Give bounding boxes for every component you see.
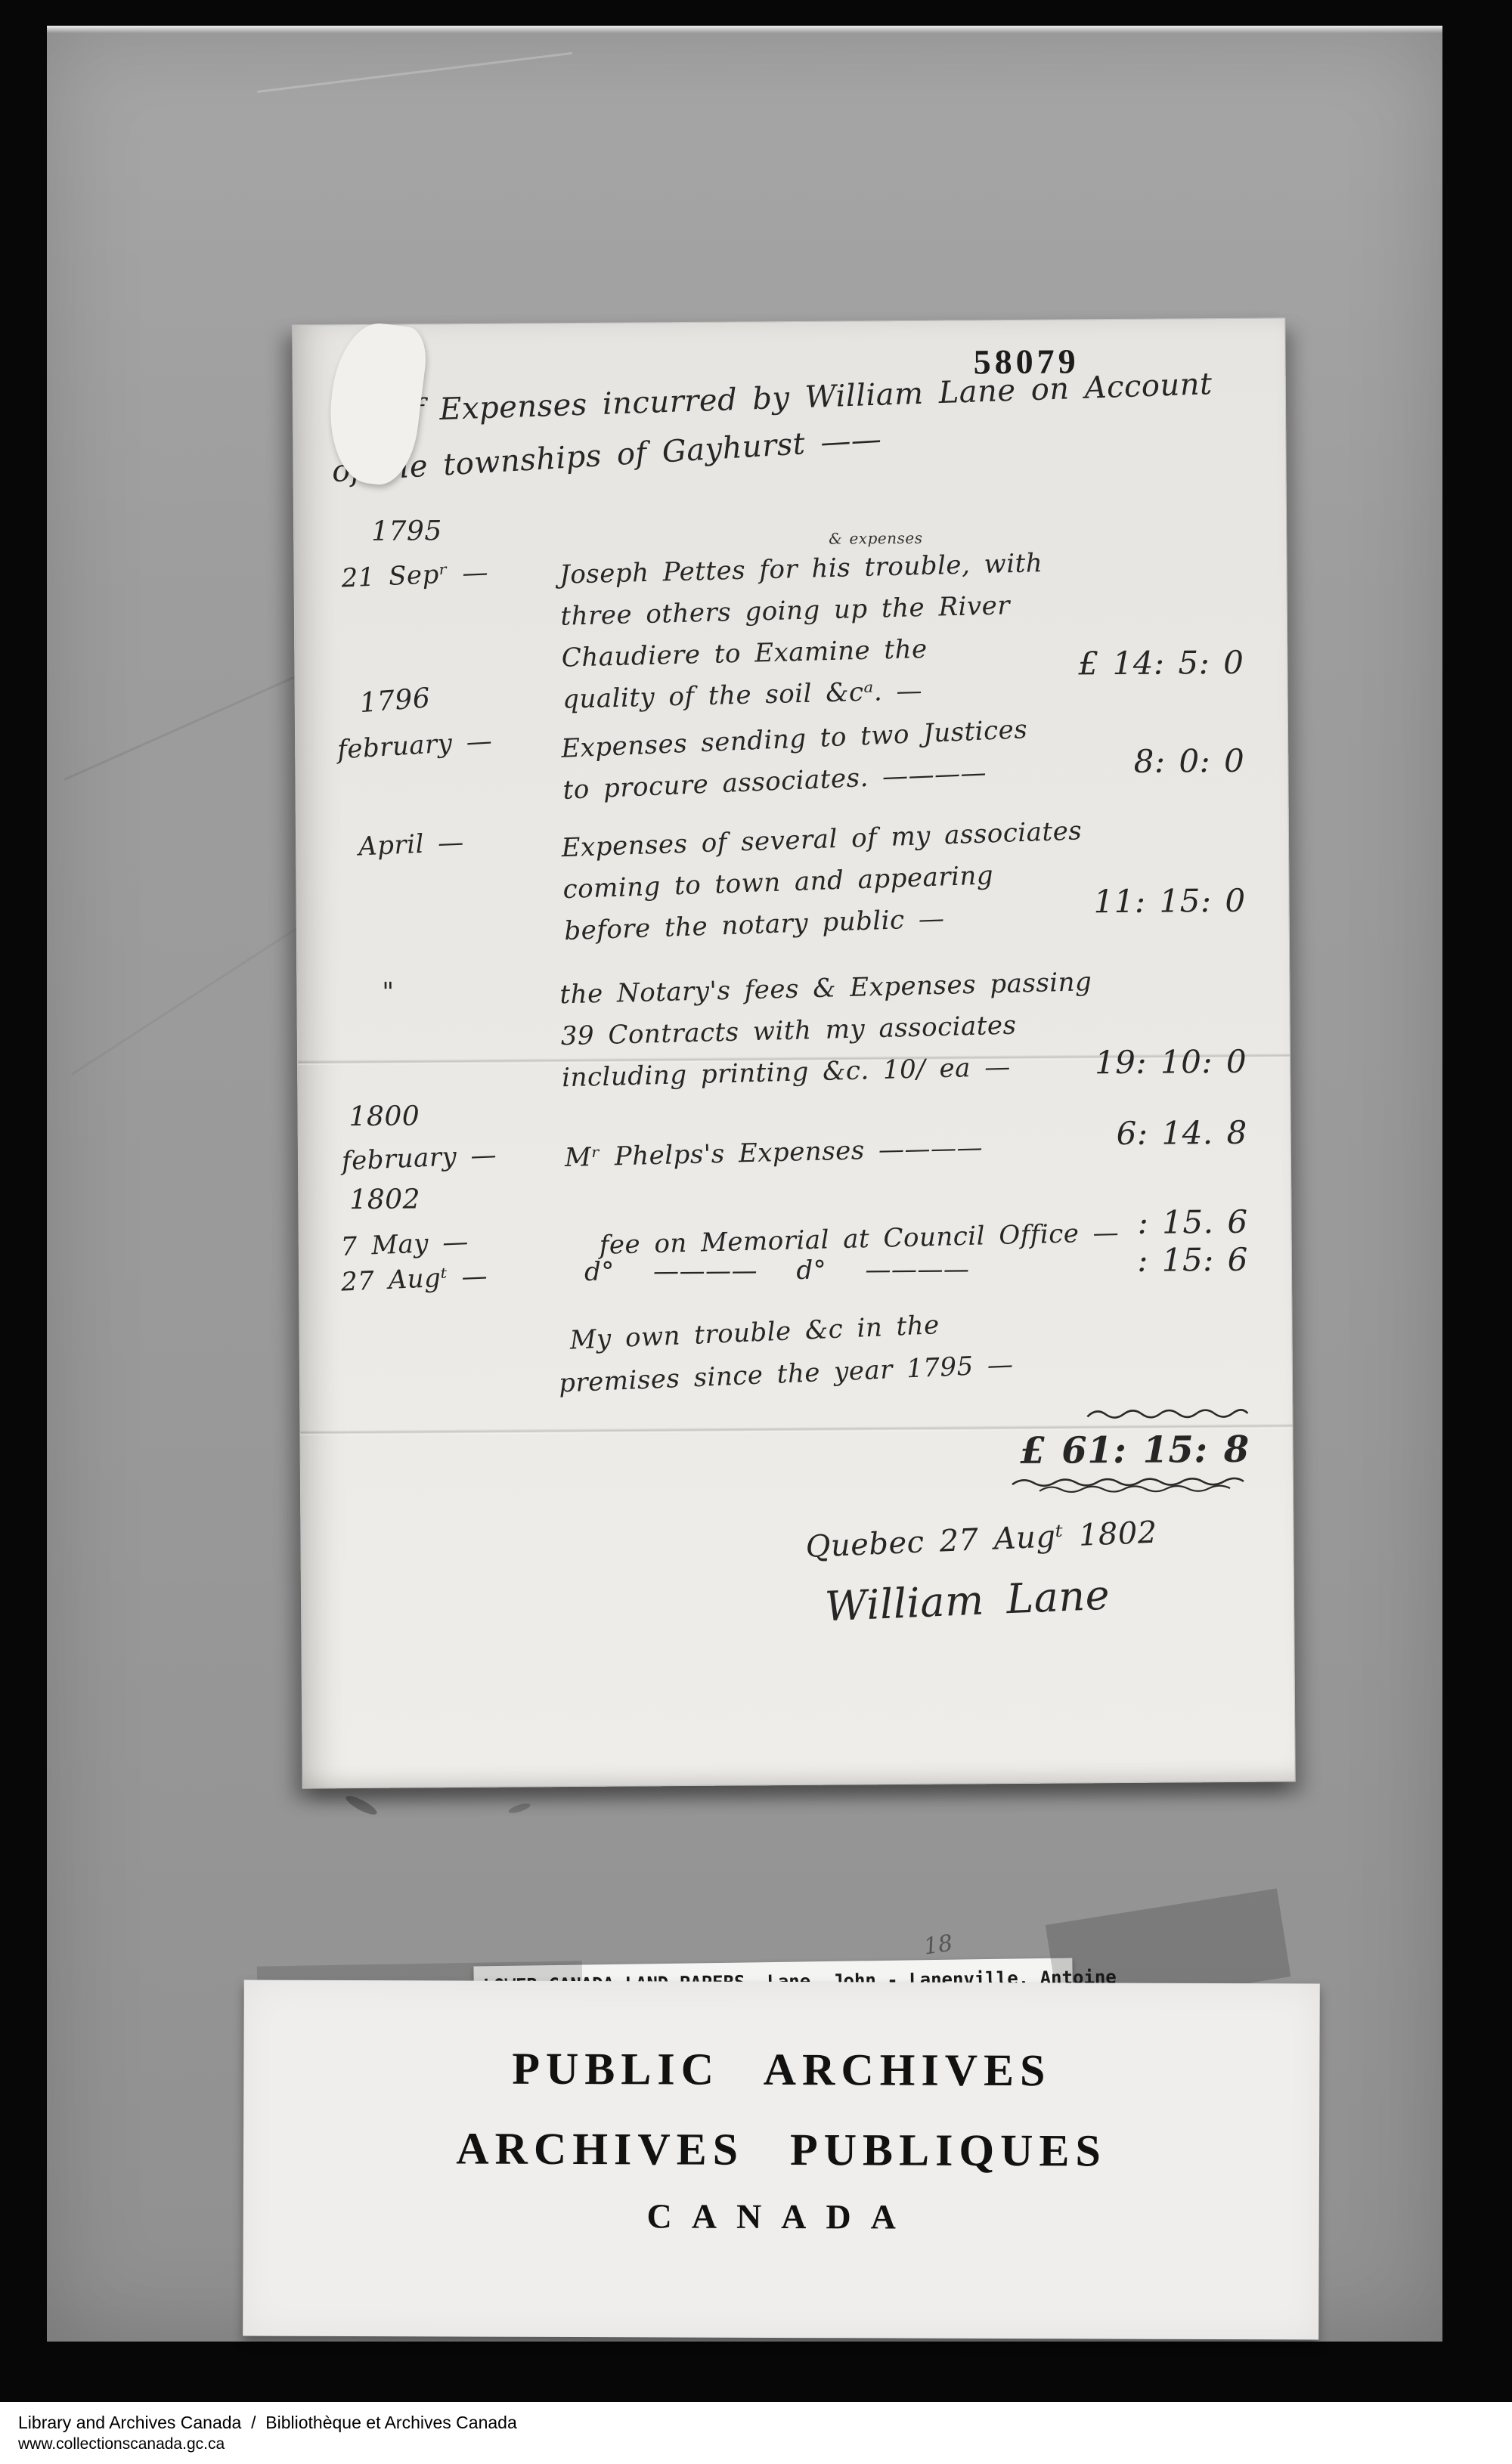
total-flourish-bottom bbox=[1009, 1475, 1251, 1495]
entry-amount: 8: 0: 0 bbox=[957, 742, 1244, 782]
archives-card-line2: ARCHIVES PUBLIQUES bbox=[243, 2122, 1319, 2178]
footer-institution-line: Library and Archives Canada / Bibliothèq… bbox=[18, 2413, 517, 2433]
desc-line: Mʳ Phelps's Expenses ———— bbox=[564, 1127, 983, 1178]
footer: Library and Archives Canada / Bibliothèq… bbox=[0, 2402, 1512, 2464]
entry-date: 21 Sepʳ — bbox=[341, 557, 489, 593]
document-paper: 58079 nt of Expenses incurred by William… bbox=[292, 317, 1295, 1788]
document-title-line1: nt of Expenses incurred by William Lane … bbox=[346, 367, 1213, 430]
photo-top-highlight bbox=[47, 26, 1442, 33]
entry-description: d° ———— d° ———— bbox=[584, 1249, 970, 1293]
entry-description: Joseph Pettes for his trouble, with thre… bbox=[559, 543, 1046, 721]
footer-url: www.collectionscanada.gc.ca bbox=[18, 2435, 225, 2453]
entry-date: April — bbox=[358, 828, 464, 862]
entry-date-ditto: " bbox=[382, 977, 394, 1008]
entry-year: 1795 bbox=[371, 515, 442, 547]
total-flourish-top bbox=[1084, 1405, 1250, 1422]
entry-date: 27 Augᵗ — bbox=[340, 1261, 488, 1297]
entry-year: 1796 bbox=[358, 683, 431, 719]
entry-year: 1800 bbox=[349, 1100, 420, 1132]
interlinear-insertion: & expenses bbox=[829, 529, 922, 548]
public-archives-card: PUBLIC ARCHIVES ARCHIVES PUBLIQUES CANAD… bbox=[243, 1980, 1320, 2340]
entry-amount: : 15: 6 bbox=[961, 1241, 1248, 1280]
handwritten-folio-number: 18 bbox=[922, 1930, 955, 1961]
entry-amount: 6: 14. 8 bbox=[960, 1114, 1247, 1153]
archives-card-line1: PUBLIC ARCHIVES bbox=[243, 2042, 1319, 2098]
desc-line: d° ———— d° ———— bbox=[584, 1249, 970, 1293]
entry-amount: : 15. 6 bbox=[960, 1203, 1247, 1243]
signature: William Lane bbox=[824, 1571, 1111, 1631]
entry-description: Expenses of several of my associates com… bbox=[561, 810, 1086, 952]
entry-amount: £ 14: 5: 0 bbox=[956, 644, 1244, 683]
entry-date: february — bbox=[341, 1140, 497, 1177]
entry-amount: 11: 15: 0 bbox=[958, 882, 1245, 921]
entry-date: 7 May — bbox=[340, 1227, 469, 1262]
entry-amount: 19: 10: 0 bbox=[959, 1043, 1247, 1082]
place-date-line: Quebec 27 Augᵗ 1802 bbox=[805, 1515, 1158, 1565]
archives-card-line3: CANADA bbox=[243, 2195, 1319, 2239]
total-amount: £ 61: 15: 8 bbox=[962, 1429, 1249, 1473]
entry-year: 1802 bbox=[349, 1184, 420, 1215]
entry-description: Mʳ Phelps's Expenses ———— bbox=[564, 1127, 983, 1178]
entry-date: february — bbox=[336, 726, 493, 765]
